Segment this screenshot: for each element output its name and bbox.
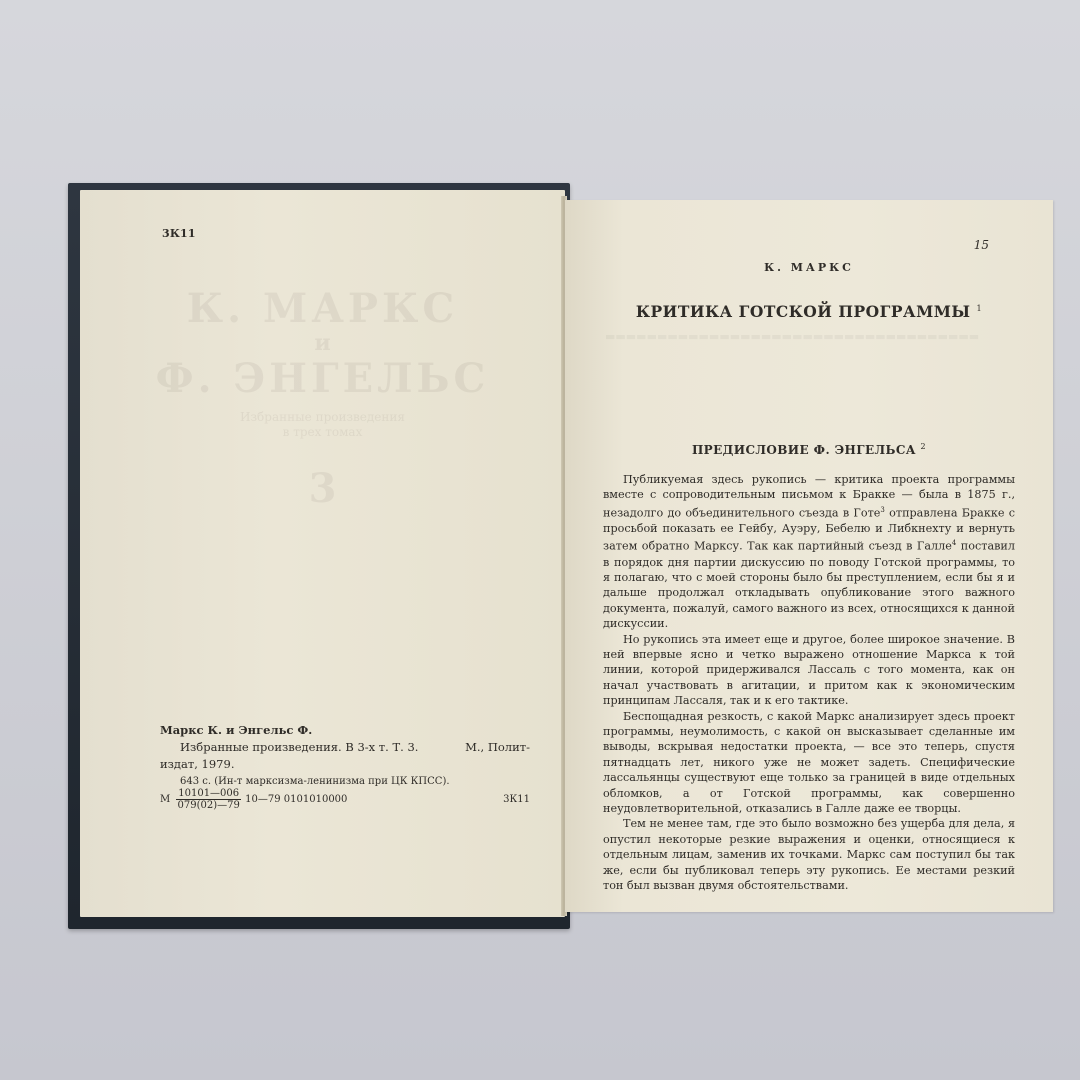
publisher-year: издат, 1979.	[160, 756, 530, 773]
index-letter: М	[160, 794, 170, 805]
show-through-text: 3	[80, 465, 565, 512]
publisher: М., Полит-	[465, 739, 530, 756]
index-code: 10—79 0101010000	[245, 794, 347, 805]
paragraph: Тем не менее там, где это было возможно …	[603, 816, 1015, 893]
section-title-text: ПРЕДИСЛОВИЕ Ф. ЭНГЕЛЬСА	[692, 443, 916, 457]
chapter-title: КРИТИКА ГОТСКОЙ ПРОГРАММЫ 1	[565, 302, 1053, 321]
footnote-ref: 1	[976, 304, 982, 313]
paragraph: Публикуемая здесь рукопись — критика про…	[603, 472, 1015, 632]
right-page: 15 К. МАРКС КРИТИКА ГОТСКОЙ ПРОГРАММЫ 1 …	[565, 200, 1053, 912]
authors: Маркс К. и Энгельс Ф.	[160, 722, 530, 739]
chapter-title-text: КРИТИКА ГОТСКОЙ ПРОГРАММЫ	[636, 302, 971, 321]
body-text: Публикуемая здесь рукопись — критика про…	[603, 472, 1015, 893]
show-through-block: ▬▬▬▬▬▬▬▬▬▬▬▬▬▬▬▬▬▬▬▬▬▬▬▬▬▬▬▬▬▬▬▬▬▬▬▬	[605, 330, 1013, 343]
show-through-text: в трех томах	[80, 425, 565, 439]
index-fraction: 10101—006 079(02)—79	[176, 788, 241, 811]
show-through-text: и	[80, 330, 565, 356]
shelf-code: 3К11	[162, 227, 196, 240]
show-through-text: Избранные произведения	[80, 410, 565, 424]
paragraph: Беспощадная резкость, с какой Маркс анал…	[603, 709, 1015, 817]
footnote-ref: 2	[921, 442, 927, 451]
title-row: Избранные произведения. В 3-х т. Т. 3. М…	[160, 739, 530, 756]
page-number: 15	[974, 238, 989, 252]
show-through-text: Ф. ЭНГЕЛЬС	[80, 355, 565, 402]
author-heading: К. МАРКС	[565, 261, 1053, 274]
work-title: Избранные произведения. В 3-х т. Т. 3.	[180, 739, 418, 756]
catalog-index: М 10101—006 079(02)—79 10—79 0101010000 …	[160, 788, 530, 811]
index-shelf-code: 3К11	[503, 794, 530, 805]
index-denominator: 079(02)—79	[178, 800, 240, 811]
index-numerator: 10101—006	[176, 788, 241, 800]
section-title: ПРЕДИСЛОВИЕ Ф. ЭНГЕЛЬСА 2	[565, 442, 1053, 457]
show-through-text: К. МАРКС	[80, 285, 565, 332]
left-page: 3К11 К. МАРКС и Ф. ЭНГЕЛЬС Избранные про…	[80, 190, 565, 917]
bibliographic-record: Маркс К. и Энгельс Ф. Избранные произвед…	[160, 722, 530, 790]
paragraph: Но рукопись эта имеет еще и другое, боле…	[603, 632, 1015, 709]
